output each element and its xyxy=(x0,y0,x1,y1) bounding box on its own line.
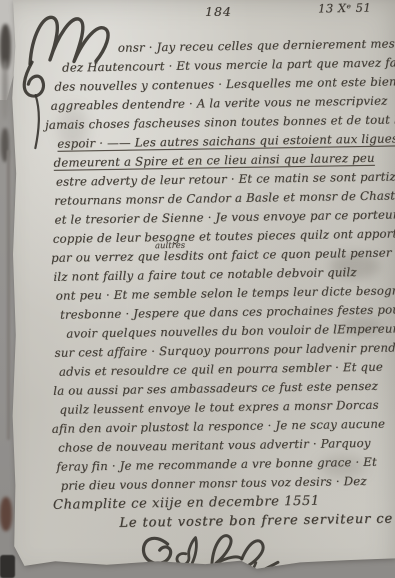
signature-monogram xyxy=(137,528,328,578)
manuscript-line-24: prie dieu vous donner monsr tous voz des… xyxy=(61,474,367,493)
manuscript-line-11: coppie de leur besogne et toutes pieces … xyxy=(53,226,395,246)
manuscript-line-12: par ou verrez que lesdits ont faict ce q… xyxy=(51,246,392,265)
manuscript-line-19: la ou aussi par ses ambassadeurs ce fust… xyxy=(53,379,378,398)
manuscript-line-1: onsr · Jay receu celles que dernierement… xyxy=(118,35,395,54)
manuscript-line-15: tresbonne · Jespere que dans ces prochai… xyxy=(60,302,395,322)
manuscript-sheet-wrap: 184 13 Xᵉ 51 M onsr · Jay receu celles q… xyxy=(0,0,395,578)
manuscript-line-13: ilz nont failly a faire tout ce notable … xyxy=(53,265,357,284)
manuscript-sheet: 184 13 Xᵉ 51 M onsr · Jay receu celles q… xyxy=(0,0,395,578)
manuscript-line-23: feray fin · Je me recommande a vre bonne… xyxy=(56,455,377,474)
manuscript-line-17: sur cest affaire · Surquoy pourrons pour… xyxy=(54,340,395,360)
manuscript-line-8: estre adverty de leur retour · Et ce mat… xyxy=(56,169,395,188)
manuscript-line-10: et le tresorier de Sienne · Je vous envo… xyxy=(54,207,395,226)
manuscript-line-25: Champlite ce xiije en decembre 1551 xyxy=(53,494,320,513)
manuscript-line-20: quilz leussent envoye le tout expres a m… xyxy=(59,398,378,417)
manuscript-text: M onsr · Jay receu celles que derniereme… xyxy=(0,0,395,578)
manuscript-line-9: retournans monsr de Candor a Basle et mo… xyxy=(54,188,395,208)
manuscript-line-22: chose de nouveau meritant vous advertir … xyxy=(58,436,371,455)
manuscript-line-21: afin den avoir plustost la responce · Je… xyxy=(52,417,386,436)
manuscript-line-16: avoir quelques nouvelles du bon vouloir … xyxy=(66,321,395,340)
interlinear-insertion: aultres xyxy=(155,241,185,251)
manuscript-line-18: advis et resouldre ce quil en pourra sem… xyxy=(59,360,383,379)
manuscript-line-7: demeurent a Spire et en ce lieu ainsi qu… xyxy=(54,151,375,170)
manuscript-line-14: ont peu · Et me semble selon le temps le… xyxy=(56,283,395,303)
